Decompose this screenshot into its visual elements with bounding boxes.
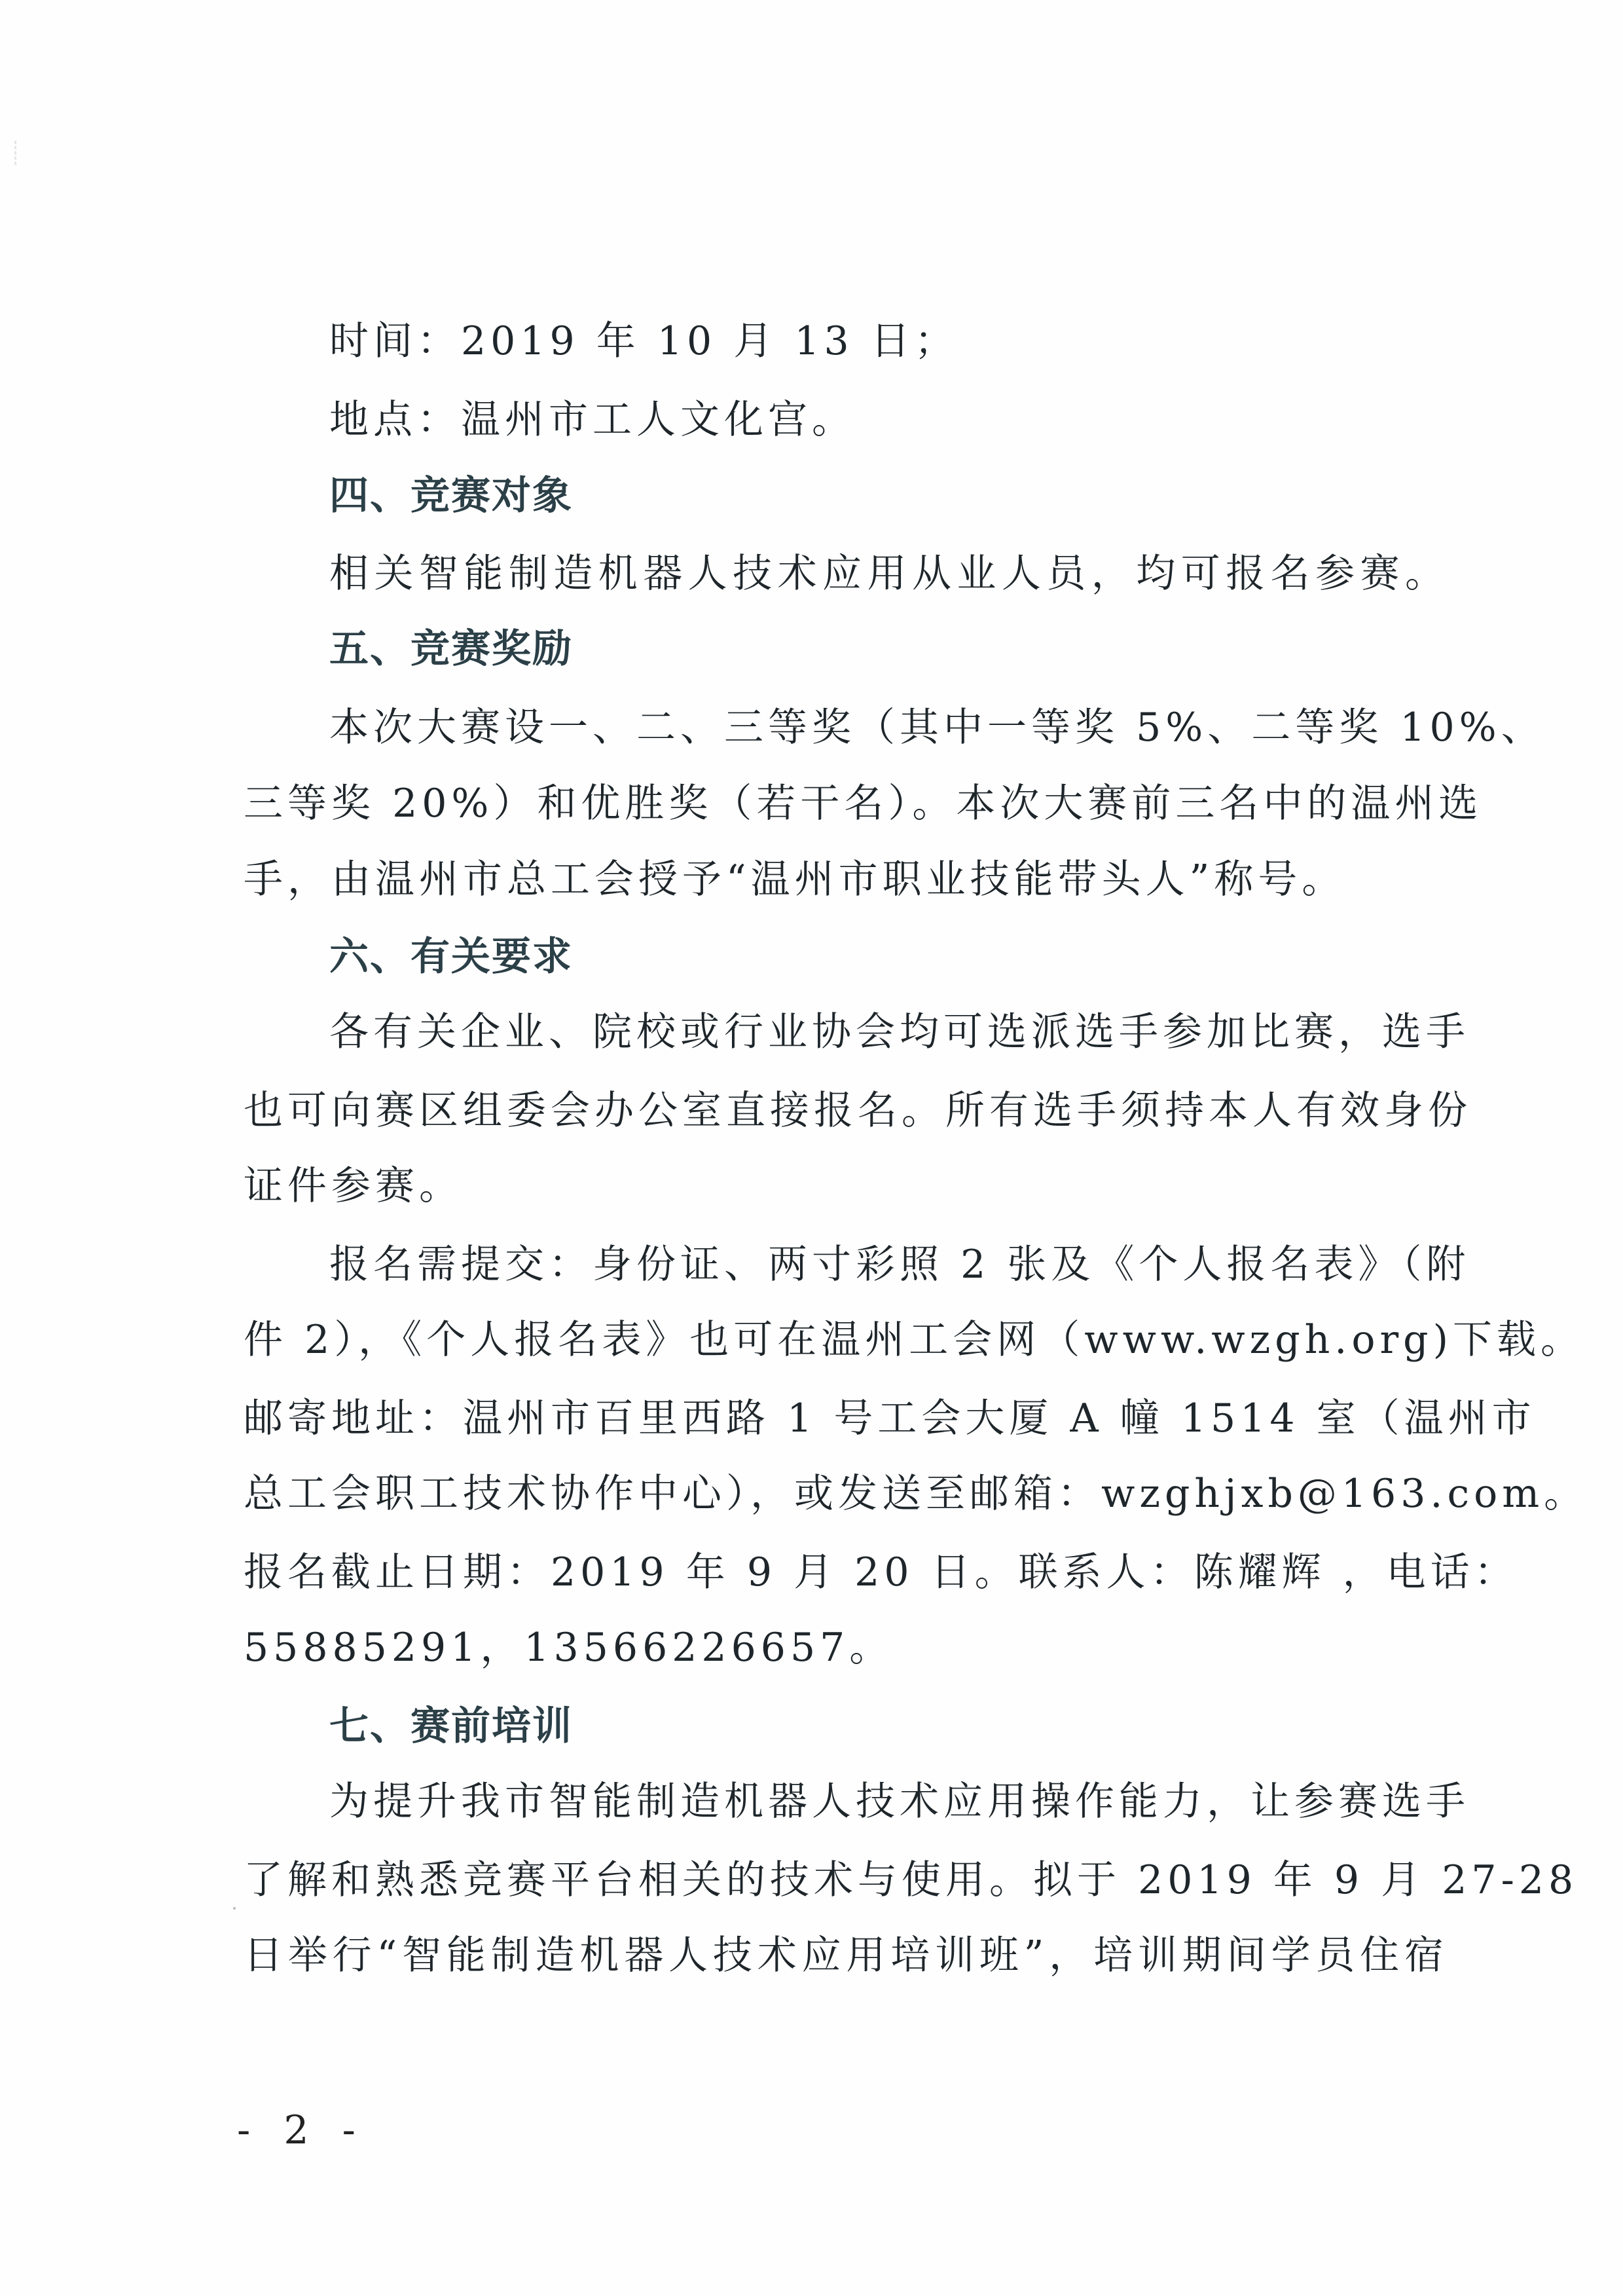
event-time-line: 时间：2019 年 10 月 13 日； bbox=[329, 312, 1449, 371]
participants-paragraph: 相关智能制造机器人技术应用从业人员，均可报名参赛。 bbox=[329, 544, 1449, 603]
document-page: 时间：2019 年 10 月 13 日； 地点：温州市工人文化宫。 四、竞赛对象… bbox=[0, 0, 1623, 2296]
awards-paragraph-line-2: 三等奖 20%）和优胜奖（若干名）。本次大赛前三名中的温州选 bbox=[244, 774, 1448, 833]
training-paragraph-line-2: 了解和熟悉竞赛平台相关的技术与使用。拟于 2019 年 9 月 27-28 bbox=[244, 1851, 1448, 1910]
section-heading-awards: 五、竞赛奖励 bbox=[329, 620, 1449, 678]
training-paragraph-line-1: 为提升我市智能制造机器人技术应用操作能力，让参赛选手 bbox=[329, 1772, 1449, 1831]
event-location-line: 地点：温州市工人文化宫。 bbox=[329, 390, 1449, 449]
requirements-paragraph-line-3: 证件参赛。 bbox=[244, 1157, 1448, 1215]
training-paragraph-line-3: 日举行“智能制造机器人技术应用培训班”，培训期间学员住宿 bbox=[244, 1926, 1448, 1985]
scan-artifact-dot bbox=[233, 1907, 236, 1910]
registration-paragraph-line-2: 件 2），《个人报名表》也可在温州工会网（www.wzgh.org)下载。 bbox=[244, 1310, 1448, 1369]
awards-paragraph-line-3: 手，由温州市总工会授予“温州市职业技能带头人”称号。 bbox=[244, 850, 1448, 909]
section-heading-requirements: 六、有关要求 bbox=[329, 927, 1449, 986]
registration-paragraph-line-5: 报名截止日期：2019 年 9 月 20 日。联系人：陈耀辉 ，电话： bbox=[244, 1543, 1448, 1602]
scan-artifact bbox=[14, 141, 16, 167]
registration-paragraph-line-4: 总工会职工技术协作中心），或发送至邮箱：wzghjxb@163.com。 bbox=[244, 1464, 1448, 1523]
section-heading-training: 七、赛前培训 bbox=[329, 1697, 1449, 1756]
registration-paragraph-line-6: 55885291，13566226657。 bbox=[244, 1618, 1448, 1677]
registration-paragraph-line-1: 报名需提交：身份证、两寸彩照 2 张及《个人报名表》（附 bbox=[329, 1235, 1449, 1294]
awards-paragraph-line-1: 本次大赛设一、二、三等奖（其中一等奖 5%、二等奖 10%、 bbox=[329, 698, 1449, 757]
requirements-paragraph-line-1: 各有关企业、院校或行业协会均可选派选手参加比赛，选手 bbox=[329, 1003, 1449, 1062]
requirements-paragraph-line-2: 也可向赛区组委会办公室直接报名。所有选手须持本人有效身份 bbox=[244, 1081, 1448, 1140]
section-heading-participants: 四、竞赛对象 bbox=[329, 466, 1449, 525]
registration-paragraph-line-3: 邮寄地址：温州市百里西路 1 号工会大厦 A 幢 1514 室（温州市 bbox=[244, 1389, 1448, 1448]
page-number: - 2 - bbox=[237, 2107, 366, 2153]
